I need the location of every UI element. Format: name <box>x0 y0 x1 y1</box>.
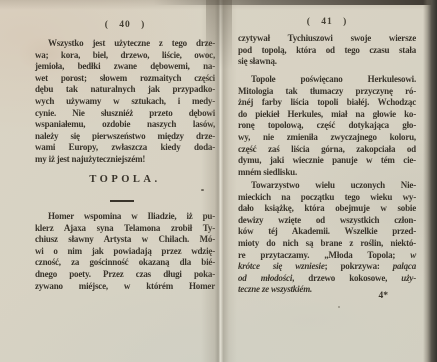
text-line: ronę topolową, część dotykająca gło- <box>238 120 416 132</box>
page-number-header-40: ( 40 ) <box>35 20 215 30</box>
text-line: się sławną. <box>238 56 416 68</box>
text-line: dnego poety. Przez czas długi poka- <box>35 269 215 281</box>
text-run: czytywał Tychiuszowi swoje wiersze <box>238 33 416 43</box>
text-run: wy, nie zmieniła zwyczajnego koloru, <box>238 132 416 142</box>
text-line: zywano miéjsce, w którém Homer <box>35 281 215 293</box>
text-line: chiusz sławny Artysta w Chilach. Mó- <box>35 234 215 246</box>
text-run: żnéj farby liścia topoli białéj. Wchodzą… <box>238 97 416 107</box>
text-line: żnéj farby liścia topoli białéj. Wchodzą… <box>238 97 416 109</box>
text-run: ; pokrzywa: <box>325 261 393 271</box>
text-line: dębu tak naturalnych jak przypadko- <box>35 84 215 96</box>
section-rule <box>110 200 134 202</box>
text-line: Mitologia tak tłumaczy przyczynę ró- <box>238 86 416 98</box>
page-number-header-41: ( 41 ) <box>238 17 416 27</box>
text-run: wa; kora, biel, drzewo, liście, owoc, <box>35 50 215 60</box>
text-line: wspaniałemu, ozdobie naszych lasów, <box>35 119 215 131</box>
text-line: jemioła, bedłki zwane dębowemi, na- <box>35 61 215 73</box>
book-scan: ( 40 ) Wszystko jest użyteczne z tego dr… <box>0 0 437 362</box>
right-edge-shadow <box>423 0 437 362</box>
text-line: re przytaczamy. „Młoda Topola; w <box>238 250 416 262</box>
body-paragraph: Wszystko jest użyteczne z tego drze-wa; … <box>35 38 215 166</box>
signature-mark: 4* <box>238 291 388 301</box>
text-line: do piekieł Herkules, miał na głowie ko- <box>238 109 416 121</box>
body-paragraph: Topole poświęcano Herkulesowi.Mitologia … <box>238 74 416 178</box>
text-run: my iż jest najużyteczniejszém! <box>35 154 145 164</box>
text-run: , drzewo kokosowe, <box>292 273 401 283</box>
text-run: mieckich na początku tego wieku wy- <box>238 192 416 202</box>
text-line: Topole poświęcano Herkulesowi. <box>238 74 416 86</box>
text-line: należy się pierwszeństwo między drze- <box>35 131 215 143</box>
text-line: dało książkę, która obejmuje w sobie <box>238 203 416 215</box>
text-line: wet porost; słowem rozmaitych części <box>35 73 215 85</box>
paper-stain <box>250 300 370 340</box>
ink-speck <box>338 306 340 308</box>
text-run: wet porost; słowem rozmaitych części <box>35 73 215 83</box>
text-run: dewizy wzięte od wszystkich człon- <box>238 215 416 225</box>
text-line: cynie. Nie słuszniéż przeto dębowi <box>35 108 215 120</box>
text-run: zywano miéjsce, w którém Homer <box>35 281 215 291</box>
text-line: Wszystko jest użyteczne z tego drze- <box>35 38 215 50</box>
text-run: cynie. Nie słuszniéż przeto dębowi <box>35 108 215 118</box>
text-run: chiusz sławny Artysta w Chilach. Mó- <box>35 234 215 244</box>
text-run: dnego poety. Przez czas długi poka- <box>35 269 215 279</box>
text-run: ków téj Akademii. Wszelkie przed- <box>238 226 416 236</box>
text-run: ronę topolową, część dotykająca gło- <box>238 120 416 130</box>
text-run: wspaniałemu, ozdobie naszych lasów, <box>35 119 215 129</box>
body-paragraph: Homer wspomina w Iliadzie, iż pu-klerz A… <box>35 211 215 292</box>
top-edge-shading <box>0 0 437 10</box>
text-line: wa; kora, biel, drzewo, liście, owoc, <box>35 50 215 62</box>
text-line: wych używamy w sztukach, i medy- <box>35 96 215 108</box>
text-run: Mitologia tak tłumaczy przyczynę ró- <box>238 86 416 96</box>
body-paragraph: Towarzystwo wielu uczonych Nie-mieckich … <box>238 180 416 296</box>
text-line: mném siedlisku. <box>238 167 416 179</box>
text-line: dewizy wzięte od wszystkich człon- <box>238 215 416 227</box>
text-run: pod topolą, która od tego czasu stała <box>238 45 416 55</box>
text-run: mném siedlisku. <box>238 167 297 177</box>
section-heading: TOPOLA. <box>35 174 215 185</box>
text-line: mioty do nich są brane z roślin, niektó- <box>238 238 416 250</box>
text-run: re przytaczamy. „Młoda Topola; <box>238 250 410 260</box>
text-run: w <box>410 250 416 260</box>
text-line: część zaś liścia górna, zakopciała od <box>238 144 416 156</box>
text-run: od młodości <box>238 273 292 283</box>
text-line: czytywał Tychiuszowi swoje wiersze <box>238 33 416 45</box>
text-run: dębu tak naturalnych jak przypadko- <box>35 84 215 94</box>
text-run: Wszystko jest użyteczne z tego drze- <box>48 38 215 48</box>
text-line: wy, nie zmieniła zwyczajnego koloru, <box>238 132 416 144</box>
text-run: czność, za gościnność okazaną dla bié- <box>35 257 215 267</box>
text-run: klerz Ajaxa syna Telamona zrobił Ty- <box>35 223 215 233</box>
body-paragraph: czytywał Tychiuszowi swoje wierszepod to… <box>238 33 416 68</box>
text-run: Topole poświęcano Herkulesowi. <box>251 74 416 84</box>
text-run: wami Europy, zwłaszcza kiedy doda- <box>35 142 215 152</box>
text-line: dymu, jaki wiecznie panuje w tém cie- <box>238 155 416 167</box>
text-line: pod topolą, która od tego czasu stała <box>238 45 416 57</box>
text-line: wami Europy, zwłaszcza kiedy doda- <box>35 142 215 154</box>
text-run: mioty do nich są brane z roślin, niektó- <box>238 238 416 248</box>
text-run: Homer wspomina w Iliadzie, iż pu- <box>48 211 215 221</box>
text-line: my iż jest najużyteczniejszém! <box>35 154 215 166</box>
text-line: Homer wspomina w Iliadzie, iż pu- <box>35 211 215 223</box>
text-line: ków téj Akademii. Wszelkie przed- <box>238 226 416 238</box>
text-run: wych używamy w sztukach, i medy- <box>35 96 215 106</box>
text-line: klerz Ajaxa syna Telamona zrobił Ty- <box>35 223 215 235</box>
text-line: krótce się wzniesie; pokrzywa: paląca <box>238 261 416 273</box>
text-line: mieckich na początku tego wieku wy- <box>238 192 416 204</box>
top-edge-shadow <box>0 0 437 5</box>
text-line: wi o nim jak powiadają przez wdzię- <box>35 246 215 258</box>
text-run: jemioła, bedłki zwane dębowemi, na- <box>35 61 215 71</box>
text-run: wi o nim jak powiadają przez wdzię- <box>35 246 215 256</box>
text-run: się sławną. <box>238 56 277 66</box>
text-run: paląca <box>393 261 416 271</box>
text-run: część zaś liścia górna, zakopciała od <box>238 144 416 154</box>
text-line: czność, za gościnność okazaną dla bié- <box>35 257 215 269</box>
text-line: od młodości, drzewo kokosowe, uży- <box>238 273 416 285</box>
text-run: należy się pierwszeństwo między drze- <box>35 131 215 141</box>
text-run: uży- <box>401 273 416 283</box>
text-run: Towarzystwo wielu uczonych Nie- <box>251 180 416 190</box>
ink-speck <box>201 189 204 191</box>
text-run: dało książkę, która obejmuje w sobie <box>238 203 416 213</box>
text-run: do piekieł Herkules, miał na głowie ko- <box>238 109 416 119</box>
text-run: krótce się wzniesie <box>238 261 325 271</box>
text-line: Towarzystwo wielu uczonych Nie- <box>238 180 416 192</box>
text-run: dymu, jaki wiecznie panuje w tém cie- <box>238 155 416 165</box>
